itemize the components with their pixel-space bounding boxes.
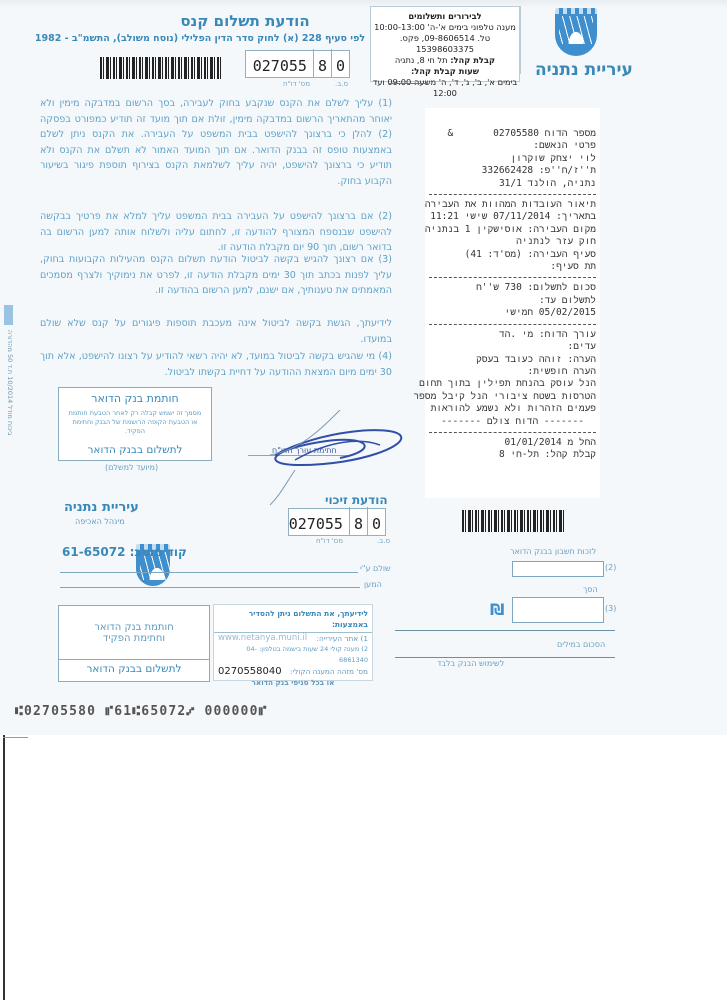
- report-officer: עורך הדוח: מי .הד: [429, 329, 596, 341]
- note: הערה: זוהה כעובד בעסק: [429, 354, 596, 366]
- address-field[interactable]: [60, 587, 360, 588]
- reception-hours: בימים א', ב', ג', ד', ה' משעה 09:00 ועד …: [371, 77, 519, 99]
- lower-barcode: [462, 510, 566, 532]
- municipality-name-lower: עיריית נתניה: [64, 500, 139, 515]
- divider: [429, 194, 596, 195]
- receipt-report-number: מספר הדוח 02705580&: [429, 128, 596, 140]
- address-label: המען: [364, 580, 382, 589]
- paragraph-2: (2) אם ברצונך להישפט על העבירה בבית המשפ…: [40, 209, 392, 256]
- amount-label: הסך: [583, 585, 598, 594]
- stamp-heading: חותמת בנק הדואר: [59, 392, 211, 405]
- website-link[interactable]: www.netanya.muni.il: [218, 633, 307, 644]
- paid-by-label: שולם ע"י: [360, 564, 391, 573]
- credit-report-number-main: 027055: [283, 515, 349, 535]
- free-note-label: הערה חופשית:: [429, 366, 596, 378]
- micr-code-line: ⑆02705580 ⑈61⑆65072⑇ 000000⑈: [15, 704, 268, 719]
- free-note-line: הטרסות בשטח ציבורי הנל קיבל מספר: [429, 391, 596, 403]
- municipality-logo-icon: [555, 8, 597, 56]
- inquiries-heading: לבירורים ותשלומים: [371, 11, 519, 22]
- receipt-reception: קבלת קהל: תל-חי 8: [429, 449, 596, 461]
- top-barcode: [100, 57, 222, 79]
- credit-account-field[interactable]: [512, 561, 604, 577]
- amount-words-line[interactable]: [395, 630, 615, 631]
- photo-note: ------- הדוח צולם -------: [429, 416, 596, 428]
- divider: [388, 83, 428, 84]
- bank-use-label: לשימוש הבנק בלבד: [437, 659, 504, 668]
- side-strip-text: ביכות מודל 10/2014 ת.ד 50 מהדורה: [6, 330, 14, 436]
- municipality-name: עיריית נתניה: [535, 60, 633, 80]
- payer-copy-caption: (מיועד למשלם): [105, 463, 158, 472]
- credit-report-number-box: 027055 8 0: [288, 508, 386, 536]
- phone-hours: מענה טלפוני בימים א'-ה' 10:00-13:00: [371, 22, 519, 33]
- report-number-box: 027055 8 0: [245, 50, 350, 78]
- phone-fax: טל. 09-8606514, פקס. 15398603375: [371, 33, 519, 55]
- credit-notice-title: הודעת זיכוי: [325, 493, 388, 507]
- due-date: 05/02/2015 חמישי: [429, 307, 596, 319]
- voice-id: מס' מזהה המענה הקולי: 0270558040: [214, 666, 372, 677]
- stamp-bottom-line1: חותמת בנק הדואר: [59, 622, 209, 633]
- page-edge-tick: [3, 737, 28, 738]
- offense-place: מקום העבירה: אוסישקין 1 בנתניה: [429, 224, 596, 236]
- stamp-bottom-line2: וחתימת הפקיד: [59, 633, 209, 644]
- shekel-icon: ₪: [490, 600, 504, 619]
- form-title: הודעת תשלום קנס: [120, 12, 370, 30]
- option-website: 1) אתר העירייה: www.netanya.muni.il: [214, 633, 372, 644]
- free-note-line: הנל עוסק בהנחת תפילין בתוך תחום: [429, 378, 596, 390]
- credit-report-number-digit1: 8: [349, 507, 367, 535]
- side-strip: ביכות מודל 10/2014 ת.ד 50 מהדורה: [4, 305, 14, 465]
- credit-report-number-label: מס' דו"ח: [316, 537, 343, 545]
- bank-use-line: [395, 657, 615, 658]
- paid-by-field[interactable]: [60, 572, 358, 573]
- field-2-number: (2): [605, 563, 616, 572]
- offense-date: בתאריך: 07/11/2014 שישי 11:21: [429, 211, 596, 223]
- paragraph-1: (1) עליך לשלם את הקנס שנקבע בחוק לעבירה,…: [40, 96, 392, 190]
- inquiries-box: לבירורים ותשלומים מענה טלפוני בימים א'-ה…: [370, 6, 520, 82]
- defendant-name: לוי יצחק שוקרון: [429, 153, 596, 165]
- scan-edge: [0, 0, 727, 8]
- reception-address: קבלת קהל: תל חי 8, נתניה: [371, 55, 519, 66]
- facts-heading: תיאור העובדות המהוות את העבירה: [429, 199, 596, 211]
- credit-account-label: לזכות חשבון בבנק הדואר: [510, 547, 596, 556]
- defendant-id: ת''ז/ח''פ: 332662428: [429, 165, 596, 177]
- report-number-digit2: 0: [331, 49, 349, 77]
- offense-section: סעיף העבירה: (מס'ד: 41): [429, 249, 596, 261]
- post-bank-teller-stamp-box: חותמת בנק הדואר וחתימת הפקיד לתשלום בבנק…: [58, 605, 210, 682]
- due-label: לתשלום עד:: [429, 295, 596, 307]
- offense-law: חוק עזר לנתניה: [429, 236, 596, 248]
- divider: [429, 324, 596, 325]
- payment-options-box: לידיעתך, את התשלום ניתן להסדיר באמצעות: …: [213, 604, 373, 681]
- divider: [520, 6, 521, 74]
- defendant-heading: פרטי הנאשם:: [429, 140, 596, 152]
- fine-receipt-sticker: מספר הדוח 02705580& פרטי הנאשם: לוי יצחק…: [425, 108, 600, 498]
- credit-report-number-digit2: 0: [367, 507, 385, 535]
- stamp-bottom-footer: לתשלום בבנק הדואר: [59, 659, 209, 678]
- report-number-label: מס' דו"ח: [283, 80, 310, 88]
- paragraph-4: (4) מי שהגיש בקשה לביטול במועד, לא יהיה …: [40, 349, 392, 380]
- strip-mark: [4, 305, 13, 325]
- divider: [429, 277, 596, 278]
- paragraph-note: לידיעתך, הגשת בקשה לביטול אינה מעכבת תוס…: [40, 316, 392, 347]
- divider: [429, 432, 596, 433]
- witnesses: עדים:: [429, 341, 596, 353]
- reception-hours-heading: שעות קבלת קהל:: [371, 66, 519, 77]
- report-number-main: 027055: [247, 57, 313, 77]
- stamp-note: מסמך זה ישמש קבלה רק לאחר הטבעת חותמת או…: [59, 409, 211, 436]
- check-digit-label: ס.ב.: [335, 80, 348, 88]
- pay-at-post-bank: לתשלום בבנק הדואר: [58, 443, 212, 461]
- offense-subsection: תת סעיף:: [429, 261, 596, 273]
- post-bank-stamp-box: חותמת בנק הדואר מסמך זה ישמש קבלה רק לאח…: [58, 387, 212, 444]
- defendant-address: נתניה, הולנד 31/1: [429, 178, 596, 190]
- payment-options-heading: לידיעתך, את התשלום ניתן להסדיר באמצעות:: [214, 605, 372, 633]
- beneficiary-code: קוד מוטב: 61-65072: [62, 545, 187, 559]
- page-edge-line: [3, 735, 5, 1000]
- report-number-digit1: 8: [313, 49, 331, 77]
- credit-check-digit-label: ס.ב.: [377, 537, 390, 545]
- option-post-bank: או בכל סניפי בנק הדואר: [214, 677, 372, 688]
- option-voice: 2) מענה קולי 24 שעות בישמה בטלפון: 04-68…: [214, 644, 372, 666]
- valid-from: החל מ 01/01/2014: [429, 437, 596, 449]
- amount-field[interactable]: [512, 597, 604, 623]
- field-3-number: (3): [605, 604, 616, 613]
- amount-due: סכום לתשלום: 730 ש''ח: [429, 282, 596, 294]
- paragraph-3: (3) אם רצונך להגיש בקשה לביטול הודעת תשל…: [40, 252, 392, 299]
- enforcement-dept: מינהל האכיפה: [75, 517, 125, 526]
- form-subtitle: לפי סעיף 228 (א) לחוק סדר הדין הפלילי (נ…: [20, 33, 380, 44]
- amount-words-label: הסכום במילים: [557, 640, 605, 649]
- free-note-line: פעמים הזהרות ולא נשמע להוראות: [429, 403, 596, 415]
